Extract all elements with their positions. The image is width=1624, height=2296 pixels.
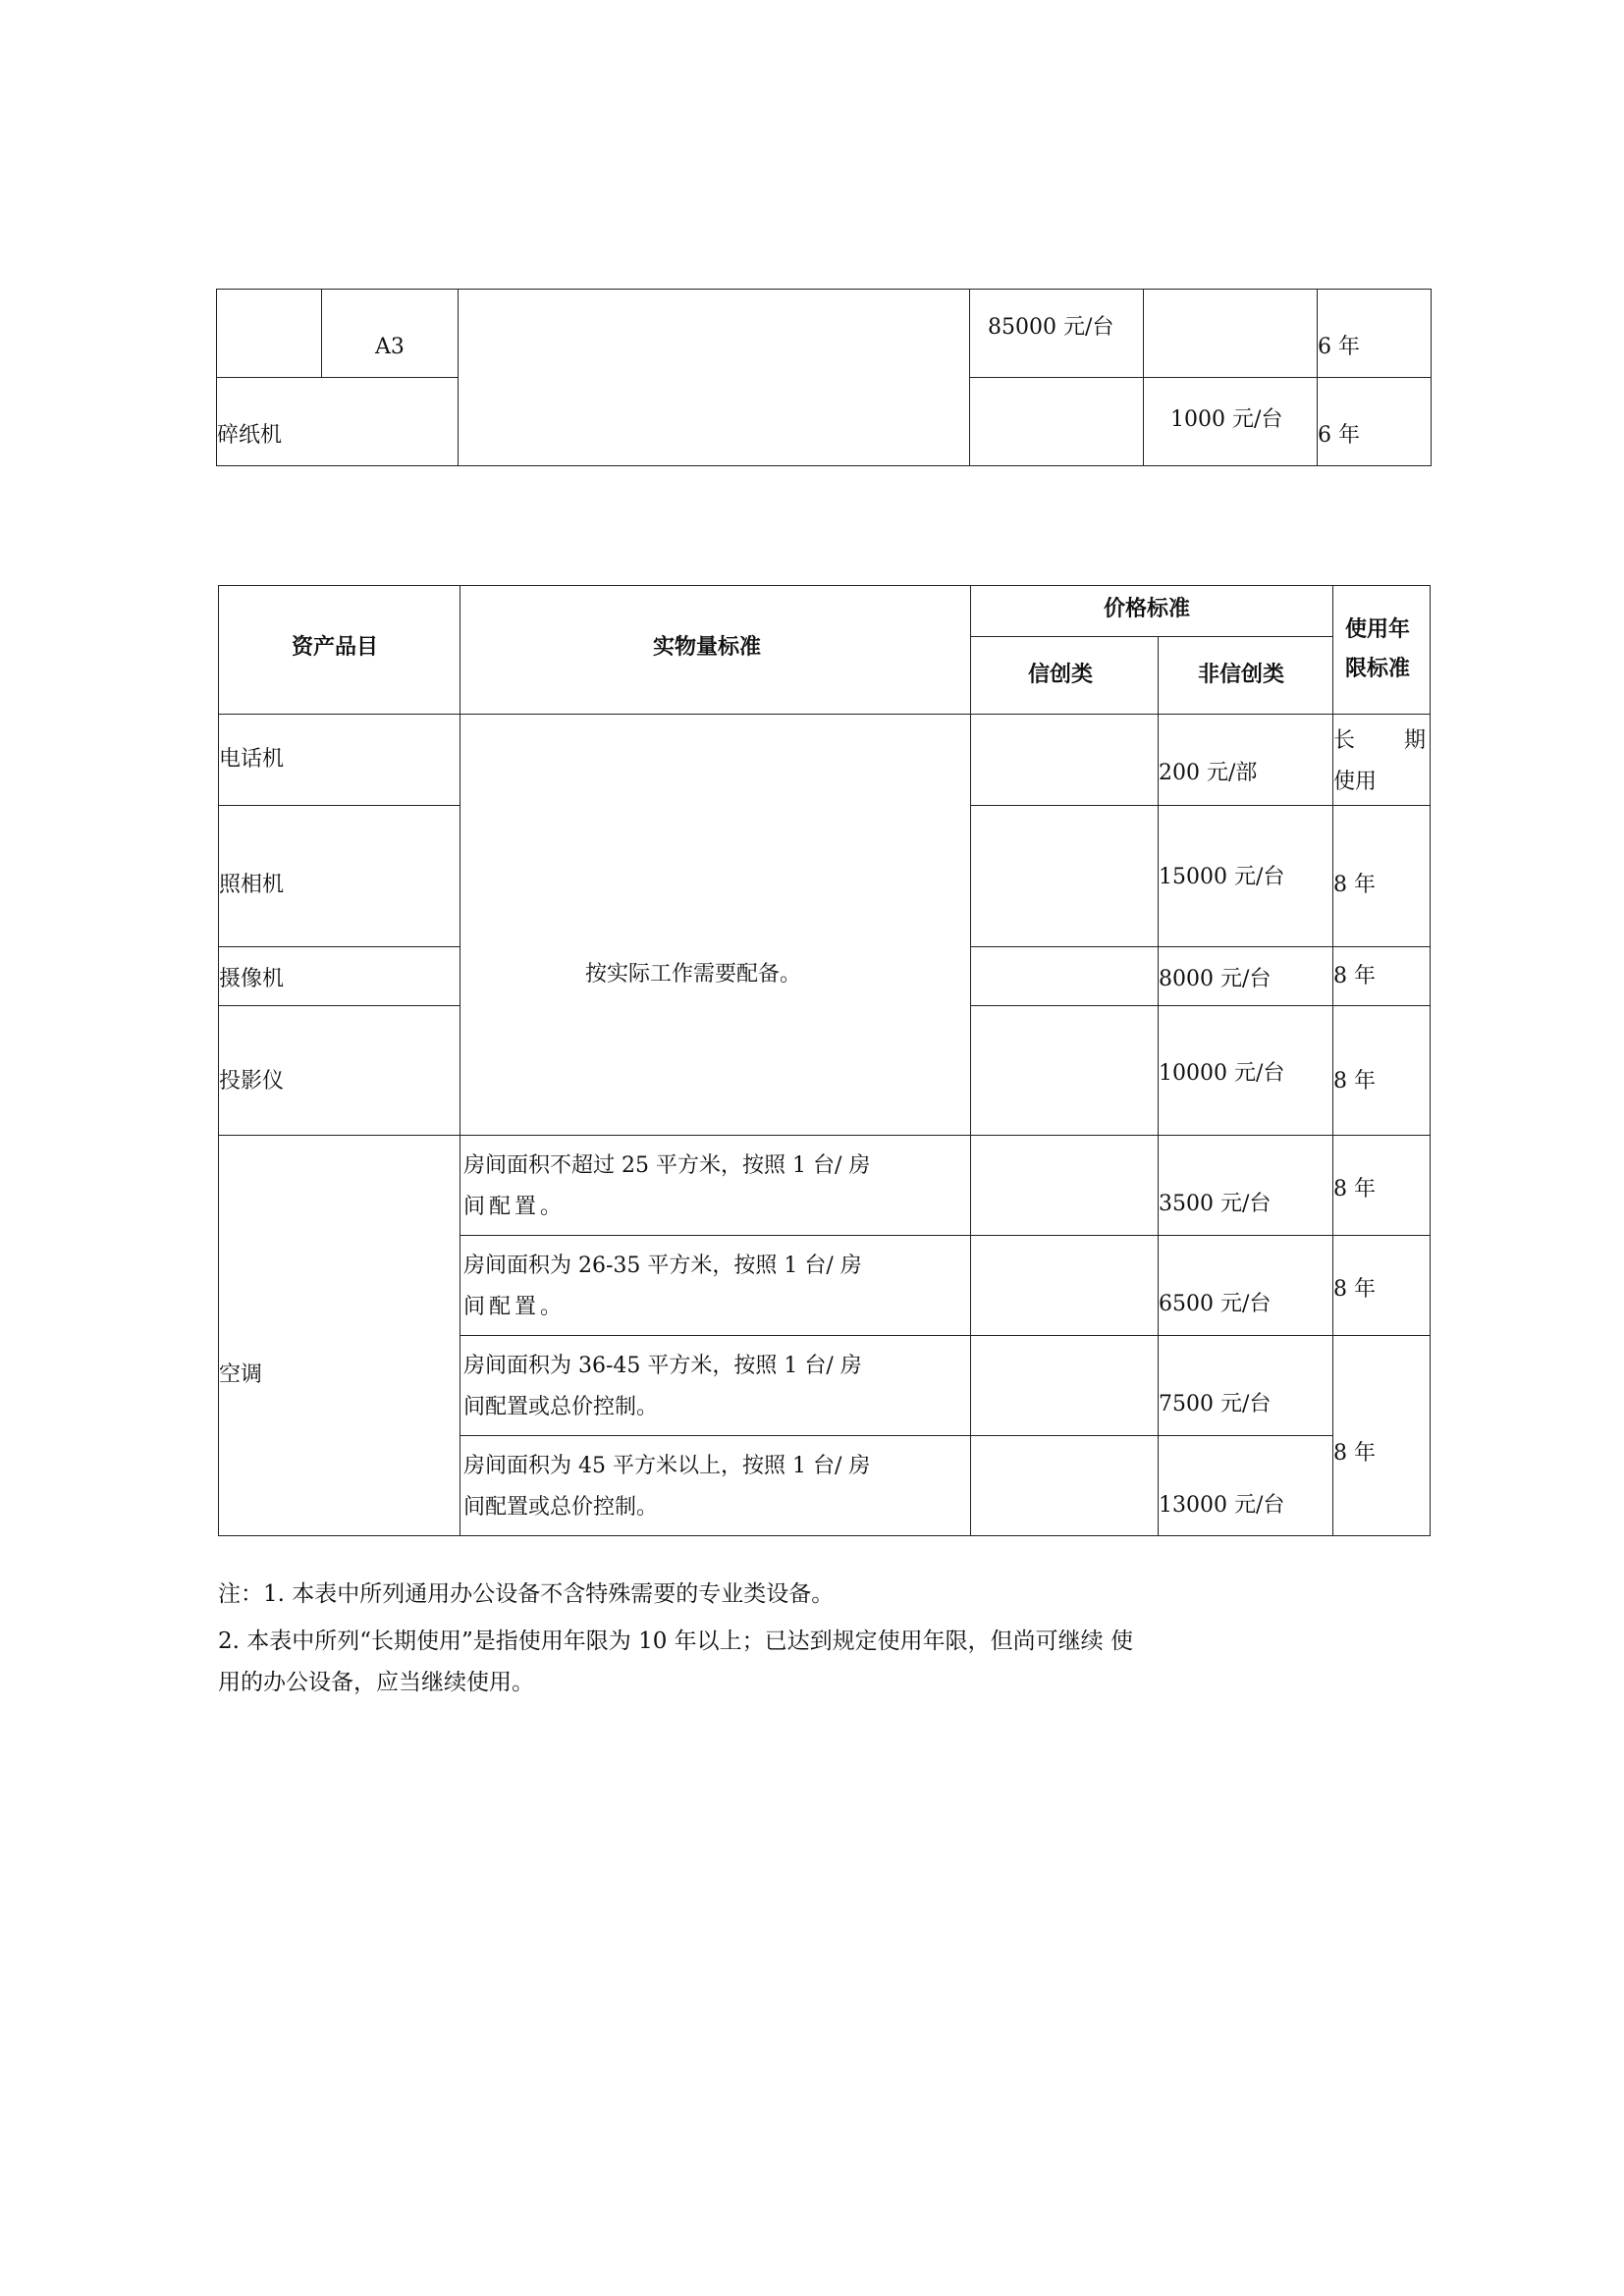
shared-quantity-standard: 按实际工作需要配备。 (460, 714, 971, 1136)
subitem-label: A3 (375, 333, 405, 362)
table-cell-item: 碎纸机 (216, 377, 459, 466)
tier-line1: 房间面积为 26-35 平方米，按照 1 台/ 房 (463, 1252, 862, 1281)
tier-line1: 房间面积为 36-45 平方米，按照 1 台/ 房 (463, 1352, 862, 1381)
non-xinchuang-price: 200 元/部 (1158, 714, 1333, 806)
header-lifespan-line2: 限标准 (1345, 655, 1410, 684)
non-xinchuang-price: 6500 元/台 (1158, 1235, 1333, 1336)
xinchuang-price (970, 805, 1159, 947)
tier-line2: 间配置。 (463, 1193, 566, 1222)
table-row-item: 电话机 (218, 714, 460, 806)
note-line-3: 用的办公设备，应当继续使用。 (218, 1666, 534, 1699)
table-cell-quantity-merged (458, 289, 970, 466)
lifespan-value: 8 年 (1333, 1439, 1376, 1468)
lifespan: 长 期 使用 (1332, 714, 1431, 806)
price-value: 10000 元/台 (1159, 1059, 1284, 1089)
table-cell-non-xinchuang-price: 1000 元/台 (1143, 377, 1318, 466)
table-row-item: 投影仪 (218, 1005, 460, 1136)
header-price-label: 价格标准 (1104, 595, 1190, 624)
header-lifespan: 使用年 限标准 (1332, 585, 1431, 715)
header-item-label: 资产品目 (292, 633, 378, 663)
xinchuang-price (970, 946, 1159, 1006)
price-value: 1000 元/台 (1170, 405, 1282, 435)
price-value: 8000 元/台 (1159, 965, 1271, 994)
header-quantity-label: 实物量标准 (653, 633, 761, 663)
lifespan-value: 6 年 (1318, 333, 1360, 362)
header-price-standard: 价格标准 (970, 585, 1333, 637)
table-cell-xinchuang-price (969, 377, 1144, 466)
item-label: 电话机 (219, 745, 284, 774)
table-row-item: 摄像机 (218, 946, 460, 1006)
price-value: 3500 元/台 (1159, 1190, 1271, 1219)
item-label: 照相机 (219, 871, 284, 900)
xinchuang-price (970, 1135, 1159, 1236)
lifespan: 8 年 (1332, 805, 1431, 947)
tier-line2: 间配置或总价控制。 (463, 1493, 658, 1522)
item-label: 碎纸机 (217, 421, 282, 451)
table-cell-lifespan: 6 年 (1317, 377, 1432, 466)
header-lifespan-line1: 使用年 (1345, 615, 1410, 645)
price-value: 13000 元/台 (1159, 1491, 1284, 1521)
note-line-2: 2. 本表中所列“长期使用”是指使用年限为 10 年以上；已达到规定使用年限，但… (218, 1625, 1133, 1658)
non-xinchuang-price: 10000 元/台 (1158, 1005, 1333, 1136)
tier-line1: 房间面积为 45 平方米以上，按照 1 台/ 房 (463, 1452, 870, 1481)
aircon-item-label: 空调 (219, 1361, 262, 1390)
header-item: 资产品目 (218, 585, 460, 715)
xinchuang-price (970, 1335, 1159, 1436)
non-xinchuang-price: 13000 元/台 (1158, 1435, 1333, 1536)
table-cell-subitem: A3 (321, 289, 459, 378)
aircon-tier-standard: 房间面积为 26-35 平方米，按照 1 台/ 房 间配置。 (460, 1235, 971, 1336)
xinchuang-price (970, 714, 1159, 806)
price-value: 15000 元/台 (1159, 863, 1284, 892)
table-cell-non-xinchuang-price (1143, 289, 1318, 378)
item-label: 投影仪 (219, 1067, 284, 1096)
lifespan: 8 年 (1332, 1005, 1431, 1136)
shared-quantity-text: 按实际工作需要配备。 (585, 960, 801, 989)
non-xinchuang-price: 15000 元/台 (1158, 805, 1333, 947)
aircon-item: 空调 (218, 1135, 460, 1536)
header-non-xinchuang-label: 非信创类 (1198, 661, 1284, 690)
lifespan-value: 8 年 (1333, 1067, 1376, 1096)
lifespan-value: 8 年 (1333, 1275, 1376, 1305)
lifespan: 8 年 (1332, 1135, 1431, 1236)
price-value: 7500 元/台 (1159, 1390, 1271, 1419)
price-value: 200 元/部 (1159, 759, 1257, 788)
non-xinchuang-price: 7500 元/台 (1158, 1335, 1333, 1436)
lifespan-merged: 8 年 (1332, 1335, 1431, 1536)
header-non-xinchuang: 非信创类 (1158, 636, 1333, 715)
header-xinchuang-label: 信创类 (1028, 661, 1093, 690)
non-xinchuang-price: 3500 元/台 (1158, 1135, 1333, 1236)
lifespan-line2: 使用 (1333, 768, 1377, 797)
lifespan: 8 年 (1332, 1235, 1431, 1336)
table-row-item: 照相机 (218, 805, 460, 947)
table-cell-xinchuang-price: 85000 元/台 (969, 289, 1144, 378)
tier-line2: 间配置。 (463, 1293, 566, 1322)
tier-line1: 房间面积不超过 25 平方米，按照 1 台/ 房 (463, 1151, 870, 1181)
price-value: 6500 元/台 (1159, 1290, 1271, 1319)
lifespan-value: 8 年 (1333, 1175, 1376, 1204)
header-xinchuang: 信创类 (970, 636, 1159, 715)
item-label: 摄像机 (219, 965, 284, 994)
table-cell-lifespan: 6 年 (1317, 289, 1432, 378)
aircon-tier-standard: 房间面积为 36-45 平方米，按照 1 台/ 房 间配置或总价控制。 (460, 1335, 971, 1436)
lifespan-line1: 长 期 (1333, 726, 1439, 756)
aircon-tier-standard: 房间面积不超过 25 平方米，按照 1 台/ 房 间配置。 (460, 1135, 971, 1236)
aircon-tier-standard: 房间面积为 45 平方米以上，按照 1 台/ 房 间配置或总价控制。 (460, 1435, 971, 1536)
lifespan-value: 6 年 (1318, 421, 1360, 451)
price-value: 85000 元/台 (988, 313, 1113, 343)
xinchuang-price (970, 1435, 1159, 1536)
lifespan: 8 年 (1332, 946, 1431, 1006)
non-xinchuang-price: 8000 元/台 (1158, 946, 1333, 1006)
xinchuang-price (970, 1005, 1159, 1136)
note-line-1: 注：1. 本表中所列通用办公设备不含特殊需要的专业类设备。 (218, 1577, 834, 1611)
tier-line2: 间配置或总价控制。 (463, 1393, 658, 1422)
lifespan-value: 8 年 (1333, 962, 1376, 991)
header-quantity-standard: 实物量标准 (460, 585, 971, 715)
xinchuang-price (970, 1235, 1159, 1336)
table-cell-empty (216, 289, 322, 378)
lifespan-value: 8 年 (1333, 871, 1376, 900)
